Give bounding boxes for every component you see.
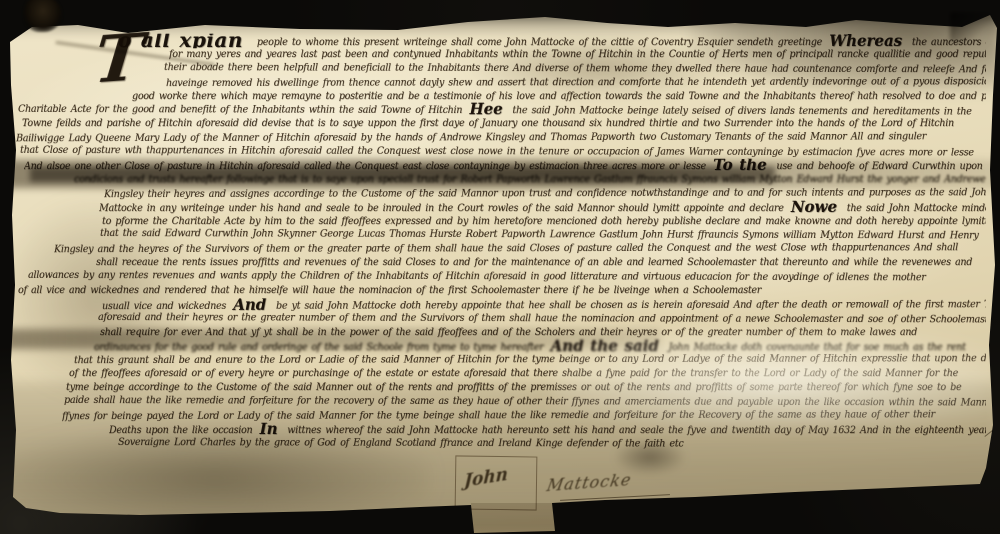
script-text: be yt said John Mattocke doth hereby app…: [276, 299, 986, 312]
manuscript-line: Kingsley their heyres and assignes accor…: [104, 186, 986, 202]
script-text: Kingsley and the heyres of the Survivors…: [54, 242, 958, 255]
script-text: good worke there which maye remayne to p…: [132, 90, 986, 101]
script-text: tyme beinge accordinge to the Custome of…: [66, 382, 961, 393]
script-text: Soveraigne Lord Charles by the grace of …: [118, 436, 683, 449]
photo-frame: T o all xpian people to whome this prese…: [0, 0, 1000, 534]
script-text: that this graunt shall be and enure to t…: [74, 353, 986, 367]
script-text: to pforme the Charitable Acte by him to …: [102, 215, 986, 226]
wax-seal-remnant: [24, 0, 62, 32]
script-text: Deaths upon the like occasion: [109, 425, 257, 436]
script-text: ffynes for beinge payed the Lord or Lady…: [62, 409, 935, 422]
script-text: And alsoe one other Close of pasture in …: [24, 161, 710, 172]
script-text: the said John Mattocke mindeinge and int…: [847, 202, 986, 213]
manuscript-line: Soveraigne Lord Charles by the grace of …: [118, 435, 986, 452]
manuscript-line: shall require for ever And that yf yt sh…: [100, 325, 986, 339]
manuscript-line: Mattocke in any writeinge under his hand…: [99, 200, 986, 214]
manuscript-text: T o all xpian people to whome this prese…: [14, 34, 986, 451]
manuscript-line: aforesaid and their heyres or the greate…: [98, 310, 986, 327]
bold-keyword: Nowe: [788, 200, 847, 214]
corner-fold-shadow: [950, 12, 996, 42]
script-text: shall receaue the rents issues proffitts…: [96, 257, 972, 268]
script-text: Charitable Acte for the good and benefit…: [18, 104, 466, 117]
script-text: shall require for ever And that yf yt sh…: [100, 326, 917, 337]
bold-keyword: Whereas: [826, 34, 912, 48]
script-text: use and behoofe of Edward Curwthin upon …: [776, 161, 986, 172]
manuscript-line: o all xpian people to whome this present…: [118, 34, 986, 48]
signature-surname: Mattocke: [545, 470, 633, 495]
manuscript-line: And alsoe one other Close of pasture in …: [24, 159, 986, 173]
script-text: ordinaunces for the good rule and orderi…: [94, 341, 548, 352]
script-text: Bailiwigge Lady Queene Mary Lady of the …: [16, 131, 926, 144]
script-text: their aboade there been helpfull and ben…: [164, 61, 986, 75]
script-text: of all vice and wickednes and rendered t…: [18, 285, 761, 296]
pen-stroke: [984, 420, 1000, 437]
script-text: that the said Edward Curwthin John Skynn…: [100, 228, 978, 242]
script-text: that Close of pasture wth thappurtenance…: [20, 145, 974, 159]
script-text: of the ffeoffees aforesaid or of every h…: [69, 368, 958, 379]
manuscript-line: haveinge removed his dwellinge from then…: [166, 75, 986, 91]
signature-flourish-underline: [560, 494, 670, 501]
script-text: aforesaid and their heyres or the greate…: [98, 311, 986, 325]
script-text: wittnes whereof the said John Mattocke h…: [287, 425, 986, 436]
manuscript-line: condicions and trusts hereafter followin…: [74, 173, 986, 187]
bold-keyword: To the: [710, 159, 776, 173]
script-text: Mattocke in any writeinge under his hand…: [99, 202, 788, 213]
script-text: allowances by any rentes revenues and wa…: [28, 270, 926, 284]
manuscript-line: of the ffeoffees aforesaid or of every h…: [69, 367, 986, 381]
script-text: haveinge removed his dwellinge from then…: [166, 75, 986, 88]
script-text: people to whome this present writeinge s…: [257, 37, 826, 48]
script-text: for many yeres and yeares last past been…: [169, 49, 986, 60]
manuscript-line: of all vice and wickednes and rendered t…: [18, 284, 986, 298]
opening-phrase: o all xpian: [118, 34, 257, 48]
manuscript-line: for many yeres and yeares last past been…: [169, 48, 986, 62]
script-text: condicions and trusts hereafter followin…: [74, 174, 985, 185]
script-text: Kingsley their heyres and assignes accor…: [104, 187, 986, 200]
seal-tag: [471, 503, 555, 534]
manuscript-lines: o all xpian people to whome this present…: [14, 34, 986, 451]
script-text: paide shall haue the like remedie and fo…: [64, 395, 986, 409]
script-text: Towne feilds and parishe of Hitchin afor…: [22, 118, 954, 129]
parchment-document: T o all xpian people to whome this prese…: [0, 0, 1000, 534]
